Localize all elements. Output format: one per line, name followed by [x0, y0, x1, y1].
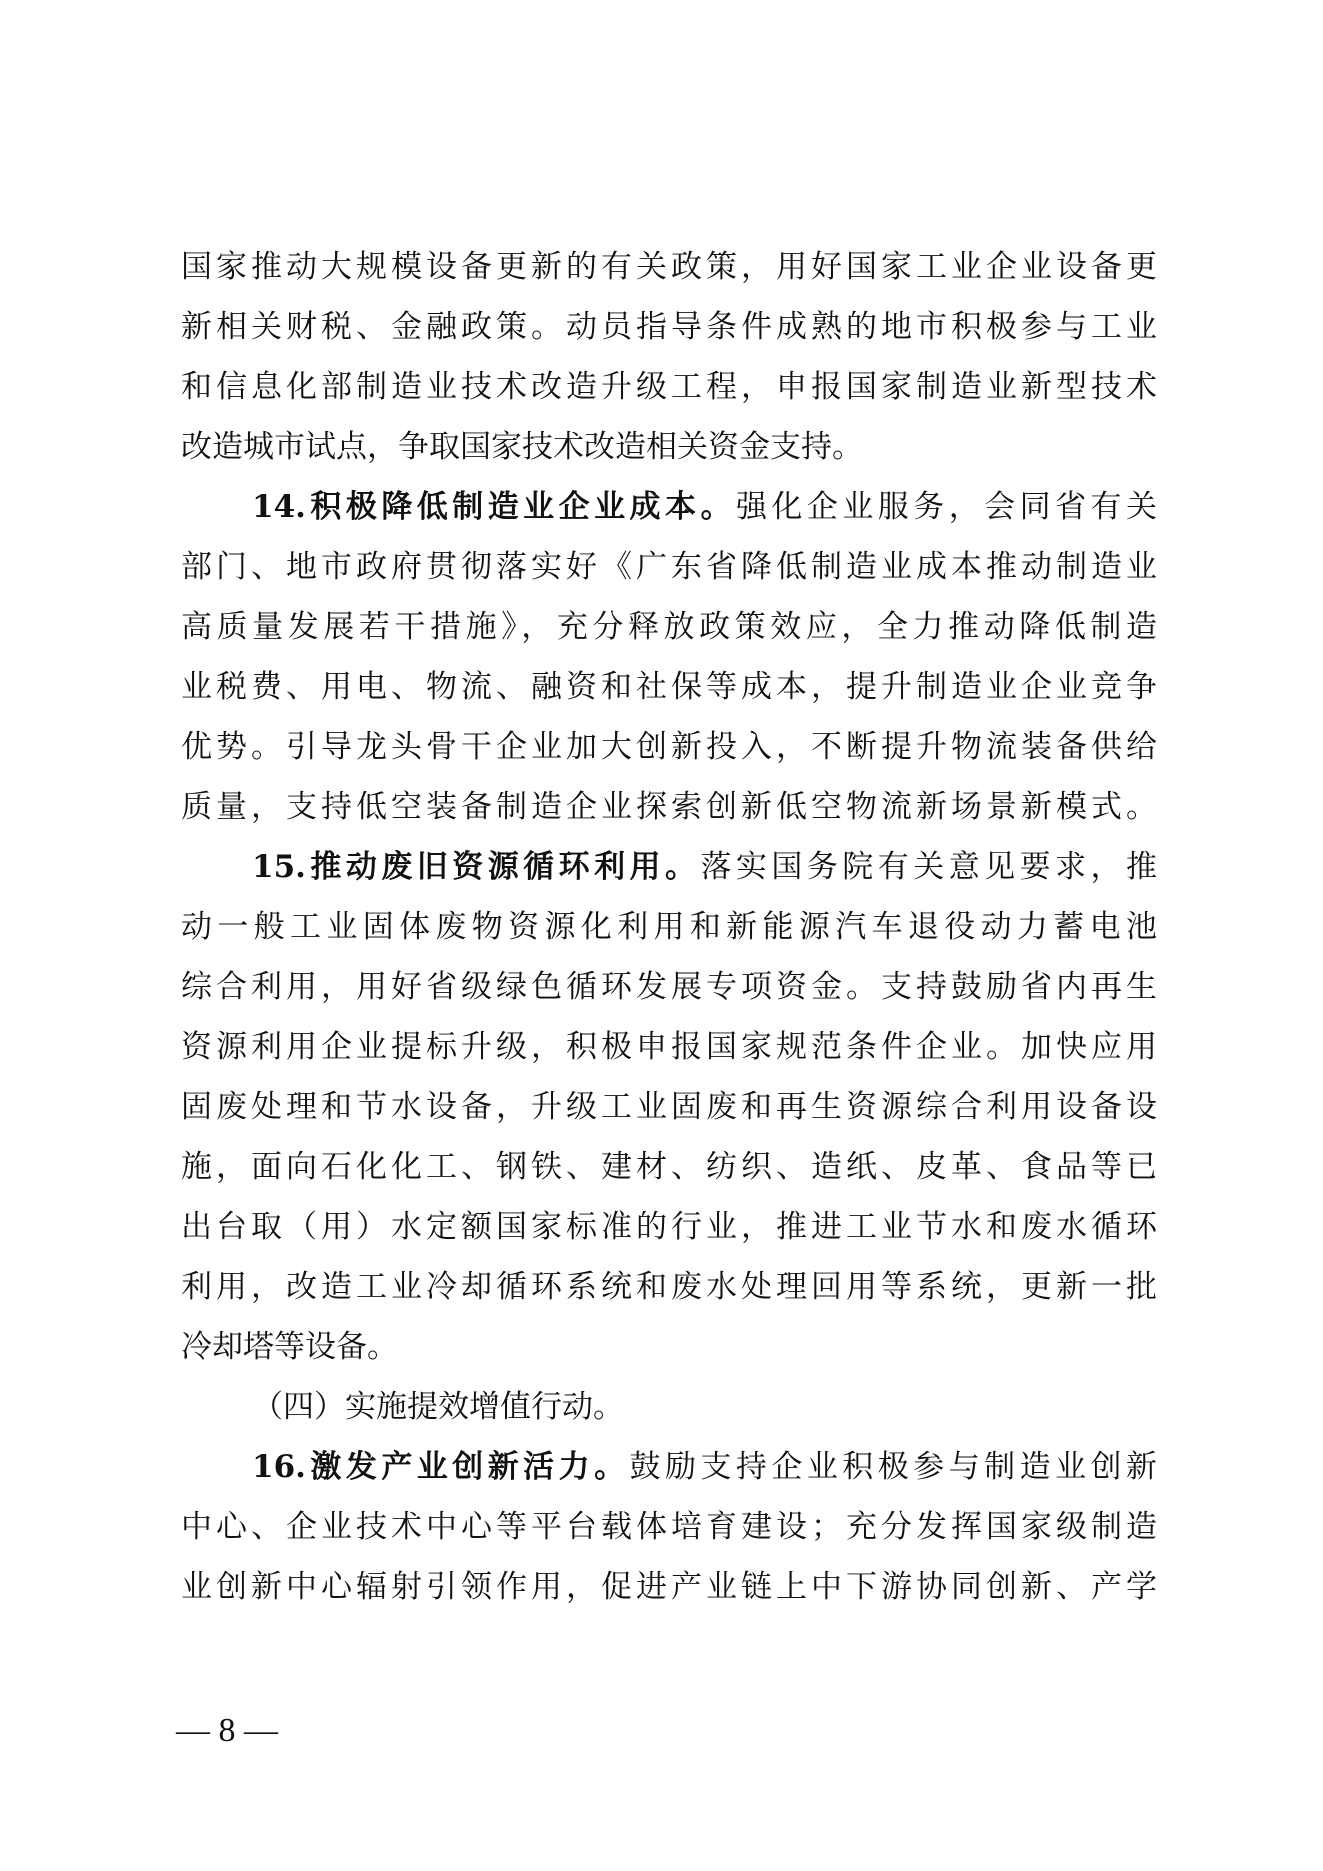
text-line: 国家推动大规模设备更新的有关政策，用好国家工业企业设备更	[181, 237, 1157, 297]
text-line: 出台取（用）水定额国家标准的行业，推进工业节水和废水循环	[181, 1197, 1157, 1257]
line-text: 鼓励支持企业积极参与制造业创新	[630, 1449, 1157, 1485]
text-line: 综合利用，用好省级绿色循环发展专项资金。支持鼓励省内再生	[181, 957, 1157, 1017]
text-line: 动一般工业固体废物资源化利用和新能源汽车退役动力蓄电池	[181, 897, 1157, 957]
text-line: 改造城市试点，争取国家技术改造相关资金支持。	[181, 417, 1157, 477]
paragraph-14: 14.积极降低制造业企业成本。强化企业服务，会同省有关 部门、地市政府贯彻落实好…	[181, 477, 1157, 837]
text-line: 业创新中心辐射引领作用，促进产业链上中下游协同创新、产学	[181, 1557, 1157, 1617]
section-heading-4: （四）实施提效增值行动。	[181, 1377, 1157, 1437]
text-line: 利用，改造工业冷却循环系统和废水处理回用等系统，更新一批	[181, 1257, 1157, 1317]
text-line: 优势。引导龙头骨干企业加大创新投入，不断提升物流装备供给	[181, 717, 1157, 777]
item-heading: 15.推动废旧资源循环利用。	[252, 849, 700, 885]
text-line: 和信息化部制造业技术改造升级工程，申报国家制造业新型技术	[181, 357, 1157, 417]
text-line: 质量，支持低空装备制造企业探索创新低空物流新场景新模式。	[181, 777, 1157, 837]
text-line: 固废处理和节水设备，升级工业固废和再生资源综合利用设备设	[181, 1077, 1157, 1137]
text-line: 15.推动废旧资源循环利用。落实国务院有关意见要求，推	[181, 837, 1157, 897]
text-line: 部门、地市政府贯彻落实好《广东省降低制造业成本推动制造业	[181, 537, 1157, 597]
item-heading: 14.积极降低制造业企业成本。	[252, 489, 736, 525]
text-line: 中心、企业技术中心等平台载体培育建设；充分发挥国家级制造	[181, 1497, 1157, 1557]
paragraph-13-continued: 国家推动大规模设备更新的有关政策，用好国家工业企业设备更 新相关财税、金融政策。…	[181, 237, 1157, 477]
text-line: 施，面向石化化工、钢铁、建材、纺织、造纸、皮革、食品等已	[181, 1137, 1157, 1197]
document-page: 国家推动大规模设备更新的有关政策，用好国家工业企业设备更 新相关财税、金融政策。…	[181, 237, 1157, 1617]
section-heading: （四）实施提效增值行动。	[181, 1377, 1157, 1437]
text-line: 14.积极降低制造业企业成本。强化企业服务，会同省有关	[181, 477, 1157, 537]
text-line: 业税费、用电、物流、融资和社保等成本，提升制造业企业竞争	[181, 657, 1157, 717]
text-line: 高质量发展若干措施》，充分释放政策效应，全力推动降低制造	[181, 597, 1157, 657]
text-line: 冷却塔等设备。	[181, 1317, 1157, 1377]
paragraph-15: 15.推动废旧资源循环利用。落实国务院有关意见要求，推 动一般工业固体废物资源化…	[181, 837, 1157, 1377]
text-line: 新相关财税、金融政策。动员指导条件成熟的地市积极参与工业	[181, 297, 1157, 357]
line-text: 强化企业服务，会同省有关	[736, 489, 1157, 525]
line-text: 落实国务院有关意见要求，推	[700, 849, 1157, 885]
page-number: — 8 —	[176, 1712, 278, 1750]
text-line: 资源利用企业提标升级，积极申报国家规范条件企业。加快应用	[181, 1017, 1157, 1077]
paragraph-16: 16.激发产业创新活力。鼓励支持企业积极参与制造业创新 中心、企业技术中心等平台…	[181, 1437, 1157, 1617]
text-line: 16.激发产业创新活力。鼓励支持企业积极参与制造业创新	[181, 1437, 1157, 1497]
item-heading: 16.激发产业创新活力。	[252, 1449, 630, 1485]
